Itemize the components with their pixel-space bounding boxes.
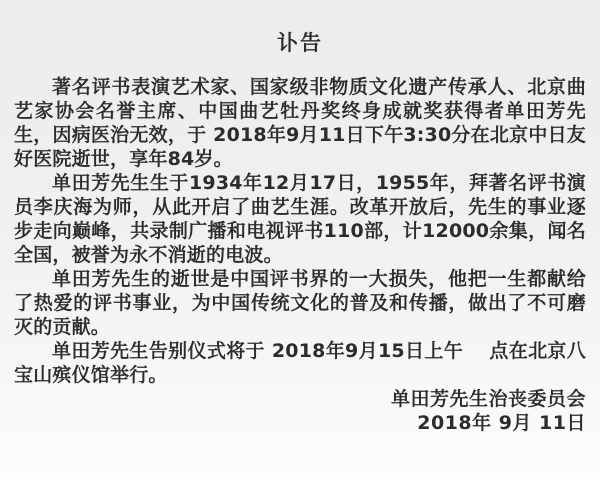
- notice-paragraph-ceremony: 单田芳先生告别仪式将于 2018年9月15日上午 点在北京八宝山殡仪馆举行。: [14, 339, 586, 387]
- obituary-notice: 讣告 著名评书表演艺术家、国家级非物质文化遗产传承人、北京曲艺家协会名誉主席、中…: [0, 0, 600, 479]
- notice-title: 讣告: [14, 30, 586, 56]
- signature-committee: 单田芳先生治丧委员会: [14, 387, 586, 411]
- notice-paragraph-tribute: 单田芳先生的逝世是中国评书界的一大损失，他把一生都献给了热爱的评书事业，为中国传…: [14, 267, 586, 339]
- notice-paragraph-death-announcement: 著名评书表演艺术家、国家级非物质文化遗产传承人、北京曲艺家协会名誉主席、中国曲艺…: [14, 75, 586, 171]
- notice-paragraph-biography: 单田芳先生生于1934年12月17日，1955年，拜著名评书演员李庆海为师，从此…: [14, 171, 586, 267]
- signature-date: 2018年 9月 11日: [14, 411, 586, 435]
